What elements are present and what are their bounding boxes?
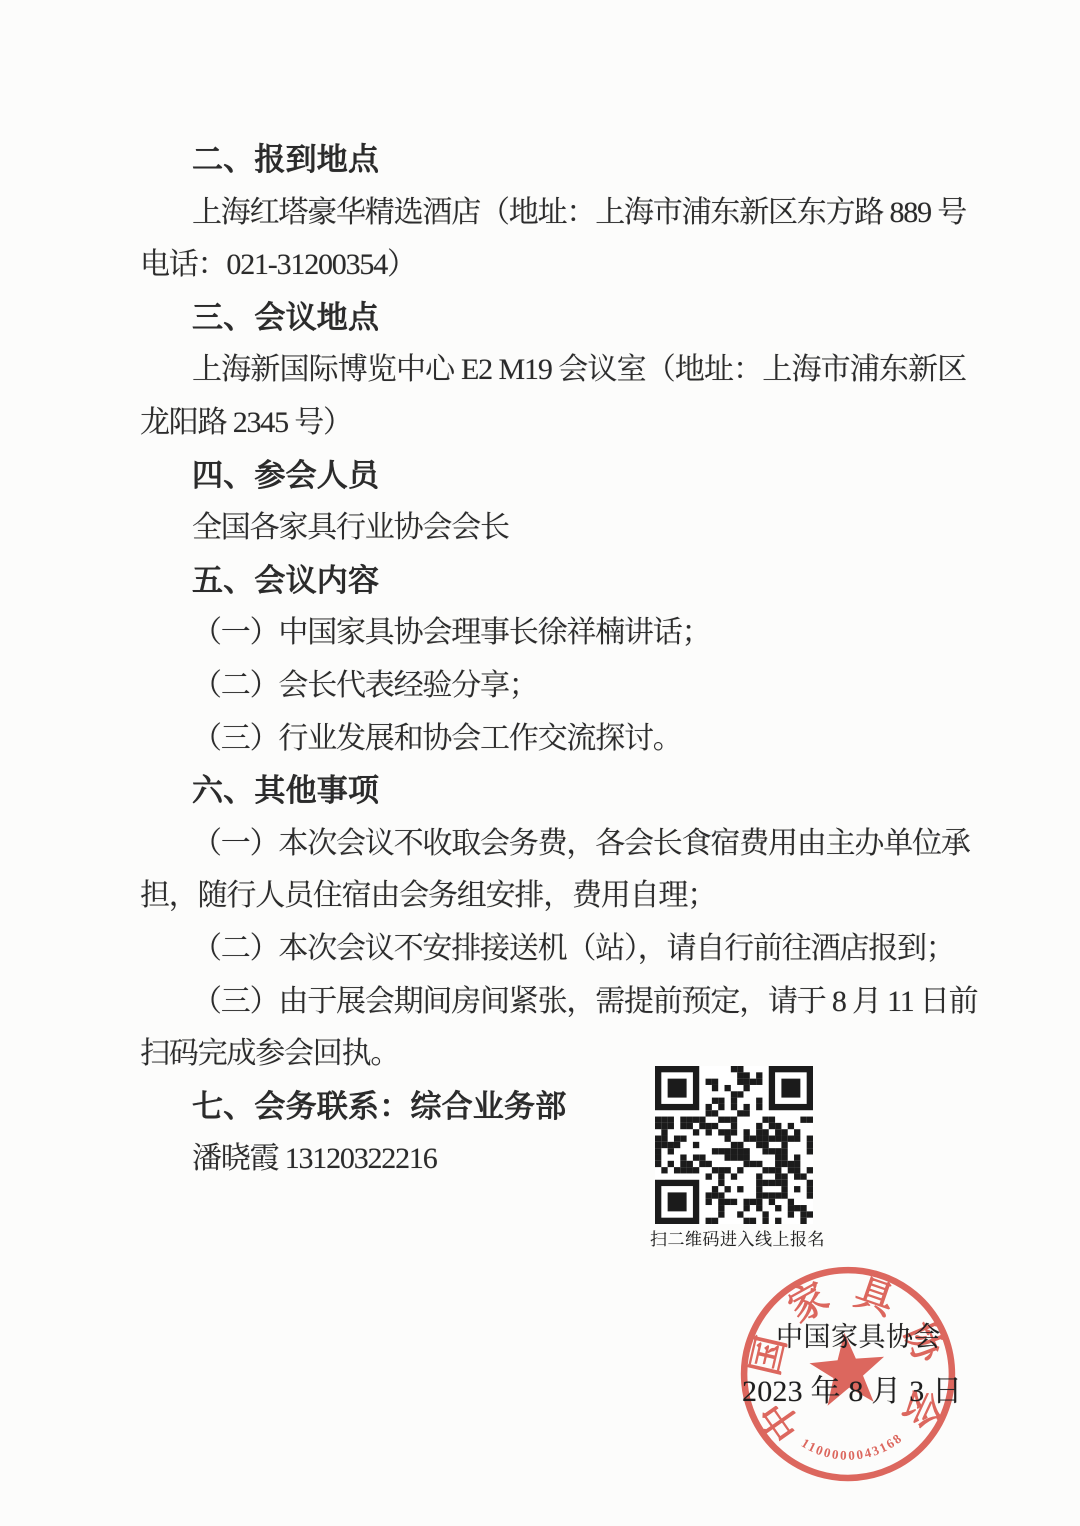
section-heading-meeting-location: 三、会议地点: [140, 292, 966, 345]
doc-line: 龙阳路 2345 号）: [140, 397, 966, 450]
doc-line: 电话：021-31200354）: [140, 239, 966, 292]
doc-line: 上海红塔豪华精选酒店（地址：上海市浦东新区东方路 889 号: [140, 187, 966, 240]
section-heading-attendees: 四、参会人员: [140, 450, 966, 503]
section-heading-report-location: 二、报到地点: [140, 134, 966, 187]
qr-block: 扫二维码进入线上报名: [655, 1066, 827, 1250]
doc-line: （三）由于展会期间房间紧张，需提前预定，请于 8 月 11 日前: [140, 976, 966, 1029]
official-seal: 中 国 家 具 协 会 1100000043168: [726, 1253, 972, 1496]
doc-line: 上海新国际博览中心 E2 M19 会议室（地址：上海市浦东新区: [140, 344, 966, 397]
doc-line: 全国各家具行业协会会长: [140, 502, 966, 555]
notice-body: 二、报到地点 上海红塔豪华精选酒店（地址：上海市浦东新区东方路 889 号 电话…: [140, 134, 966, 1186]
qr-code: [655, 1066, 813, 1224]
section-heading-contact: 七、会务联系：综合业务部: [140, 1081, 966, 1134]
seal-serial-number: 1100000043168: [798, 1427, 907, 1468]
scanned-notice-page: 二、报到地点 上海红塔豪华精选酒店（地址：上海市浦东新区东方路 889 号 电话…: [0, 0, 1080, 1526]
signature-date: 2023 年 8 月 3 日: [742, 1375, 962, 1409]
doc-line: （一）中国家具协会理事长徐祥楠讲话；: [140, 607, 966, 660]
section-heading-agenda: 五、会议内容: [140, 555, 966, 608]
doc-line: （二）会长代表经验分享；: [140, 660, 966, 713]
section-heading-other-matters: 六、其他事项: [140, 765, 966, 818]
signature-org: 中国家具协会: [776, 1321, 941, 1354]
doc-line: 担，随行人员住宿由会务组安排，费用自理；: [140, 870, 966, 923]
doc-line contact-line: 潘晓霞 13120322216: [140, 1133, 966, 1186]
doc-line: （三）行业发展和协会工作交流探讨。: [140, 713, 966, 766]
doc-line: （一）本次会议不收取会务费，各会长食宿费用由主办单位承: [140, 818, 966, 871]
doc-line: 扫码完成参会回执。: [140, 1028, 966, 1081]
doc-line: （二）本次会议不安排接送机（站），请自行前往酒店报到；: [140, 923, 966, 976]
qr-caption: 扫二维码进入线上报名: [650, 1230, 822, 1250]
